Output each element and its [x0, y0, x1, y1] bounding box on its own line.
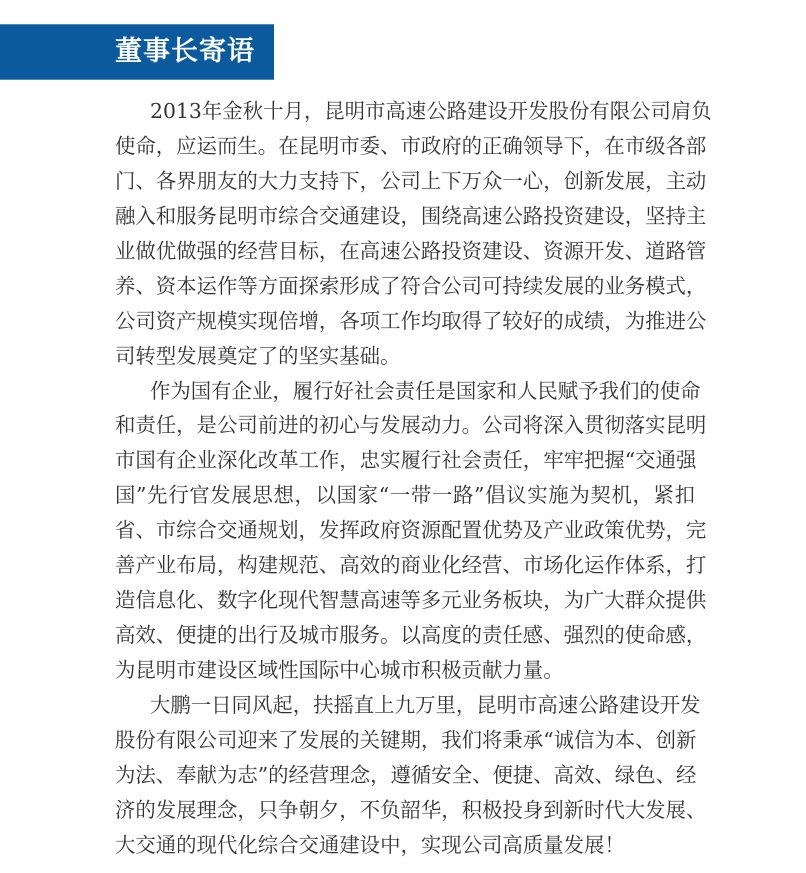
chairman-message-body: 2013年金秋十月，昆明市高速公路建设开发股份有限公司肩负 使命，应运而生。在昆… — [115, 94, 695, 863]
paragraph-2: 作为国有企业，履行好社会责任是国家和人民赋予我们的使命 和责任，是公司前进的初心… — [115, 374, 695, 688]
text-line: 2013年金秋十月，昆明市高速公路建设开发股份有限公司肩负 — [115, 94, 695, 129]
text-line: 门、各界朋友的大力支持下，公司上下万众一心，创新发展，主动 — [115, 164, 695, 199]
text-line: 济的发展理念，只争朝夕，不负韶华，积极投身到新时代大发展、 — [115, 793, 695, 828]
text-line: 高效、便捷的出行及城市服务。以高度的责任感、强烈的使命感， — [115, 618, 695, 653]
text-line: 善产业布局，构建规范、高效的商业化经营、市场化运作体系，打 — [115, 548, 695, 583]
text-line: 大鹏一日同风起，扶摇直上九万里，昆明市高速公路建设开发 — [115, 688, 695, 723]
section-header-banner: 董事长寄语 — [0, 24, 274, 80]
text-line: 司转型发展奠定了的坚实基础。 — [115, 339, 695, 374]
text-line: 作为国有企业，履行好社会责任是国家和人民赋予我们的使命 — [115, 374, 695, 409]
text-line: 公司资产规模实现倍增，各项工作均取得了较好的成绩，为推进公 — [115, 304, 695, 339]
text-line: 市国有企业深化改革工作，忠实履行社会责任，牢牢把握“交通强 — [115, 443, 695, 478]
section-title: 董事长寄语 — [115, 34, 255, 70]
text-line: 为法、奉献为志”的经营理念，遵循安全、便捷、高效、绿色、经 — [115, 758, 695, 793]
text-line: 股份有限公司迎来了发展的关键期，我们将秉承“诚信为本、创新 — [115, 723, 695, 758]
paragraph-3: 大鹏一日同风起，扶摇直上九万里，昆明市高速公路建设开发 股份有限公司迎来了发展的… — [115, 688, 695, 863]
paragraph-1: 2013年金秋十月，昆明市高速公路建设开发股份有限公司肩负 使命，应运而生。在昆… — [115, 94, 695, 374]
text-line: 国”先行官发展思想，以国家“一带一路”倡议实施为契机，紧扣 — [115, 478, 695, 513]
text-line: 养、资本运作等方面探索形成了符合公司可持续发展的业务模式， — [115, 269, 695, 304]
text-line: 为昆明市建设区域性国际中心城市积极贡献力量。 — [115, 653, 695, 688]
text-line: 大交通的现代化综合交通建设中，实现公司高质量发展！ — [115, 828, 695, 863]
text-line: 造信息化、数字化现代智慧高速等多元业务板块，为广大群众提供 — [115, 583, 695, 618]
text-line: 和责任，是公司前进的初心与发展动力。公司将深入贯彻落实昆明 — [115, 408, 695, 443]
text-line: 融入和服务昆明市综合交通建设，围绕高速公路投资建设，坚持主 — [115, 199, 695, 234]
text-line: 省、市综合交通规划，发挥政府资源配置优势及产业政策优势，完 — [115, 513, 695, 548]
text-line: 业做优做强的经营目标，在高速公路投资建设、资源开发、道路管 — [115, 234, 695, 269]
text-line: 使命，应运而生。在昆明市委、市政府的正确领导下，在市级各部 — [115, 129, 695, 164]
